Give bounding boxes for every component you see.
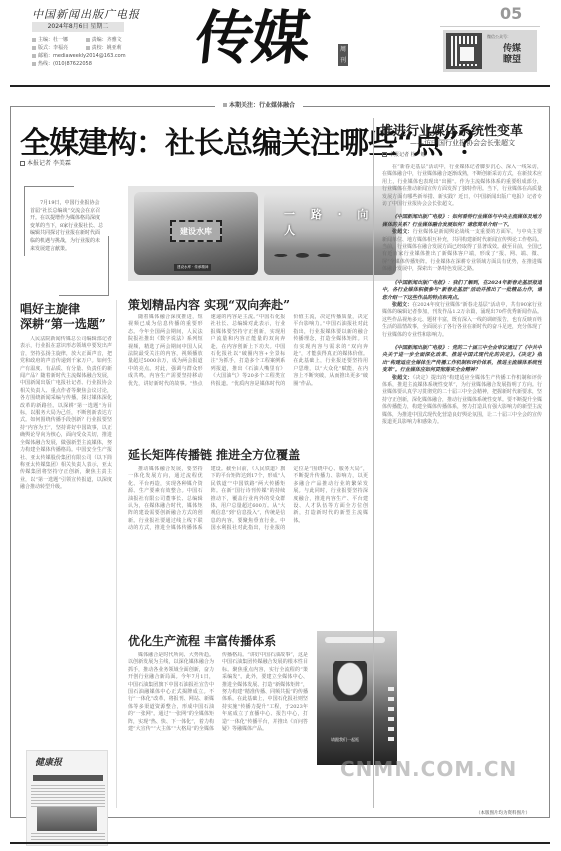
thumbnail-image xyxy=(37,807,97,831)
answerer-name: 张超文： xyxy=(392,375,413,381)
qr-account-name: 传媒 瞭望 xyxy=(497,44,527,66)
section-body: 人民法院新闻传媒总公司编辑部记者表示，行业报在意识形态领域中要发出声音，坚持弘扬… xyxy=(20,336,112,636)
qr-title-line: 瞭望 xyxy=(497,55,527,66)
section-body: 随着媒体融合深度推进，短视频已成为信息传播的重要形态。今年全国两会期间，人民法院… xyxy=(128,314,368,440)
question: 《中国新闻出版广电报》：我们了解到，在2024年新春走基层报道中，各行业媒体积极… xyxy=(382,280,542,302)
bullet-icon xyxy=(86,46,90,50)
answer: 张超文：《决定》提出的“构建适应全媒体生产传播工作机制和评价体系，推进主流媒体系… xyxy=(382,375,542,427)
divider xyxy=(440,26,540,27)
section-title: 延长矩阵传播链 推进全方位覆盖 xyxy=(128,446,300,463)
bullet-icon xyxy=(32,46,36,50)
wechat-qr-box: 微信公众号： 传媒 瞭望 xyxy=(443,30,537,72)
photo-caption: 建设水库 · 传承精神 xyxy=(174,264,211,271)
qr-code-icon[interactable] xyxy=(446,33,482,69)
byline-box-icon xyxy=(20,161,25,166)
weekly-tag: 周刊 xyxy=(338,44,348,66)
reservoir-photo: 建设水库 建设水库 · 传承精神 xyxy=(134,192,258,275)
section-body: 媒体融合是时代所向、大势所趋。以创新发展为主线，以深化媒体融合为抓手，推动各业务… xyxy=(128,652,308,802)
thumbnail-text xyxy=(31,785,105,807)
staff-row: 版式：李福亮 责校：姚亚莉 xyxy=(32,44,142,52)
paragraph: 媒体融合是时代所向、大势所趋。以创新发展为主线，以深化媒体融合为抓手，推动各业务… xyxy=(128,652,308,733)
question: 《中国新闻出版广电报》：如何看待行业媒体与中央主流媒体及地方媒体的关系？行业媒体… xyxy=(382,214,542,229)
photo-strip: 建设水库 建设水库 · 传承精神 一 路 · 向 人 xyxy=(128,186,402,281)
bullet-icon xyxy=(223,103,227,107)
reporter-photo xyxy=(333,661,367,701)
paragraph: 人民法院新闻传媒总公司编辑部记者表示，行业报在意识形态领域中要发出声音，坚持弘扬… xyxy=(20,336,112,492)
video-caption: 请跟我们一起逛 xyxy=(331,737,359,743)
editor-in-chief: 主编：杜一娜 xyxy=(38,37,68,43)
focus-label-text: 本期关注：行业媒体融合 xyxy=(229,102,295,109)
column-divider xyxy=(116,300,117,808)
lead-text: 7月19日，中国行业报协会首届“社长总编谈”交流会在京召开。在以提增作为媒体格局… xyxy=(30,200,104,253)
interview-subtitle: ——访中国行业报协会会长张超文 xyxy=(410,138,515,148)
section-body: 推动媒体融合发展，要坚持一体化发展方向，通过流程优化、平台再造，实现各种媒介资源… xyxy=(128,466,368,614)
section-title: 唱好主旋律 深耕“第一选题” xyxy=(20,302,106,332)
focus-label: 本期关注：行业媒体融合 xyxy=(215,100,303,109)
interview-body: 在“新春走基层”活动中，行业媒体记者脚步沉心、深入一线采访，在媒体融合中，行业媒… xyxy=(382,164,542,804)
answer: 张超文：行业媒体是新闻舆论战线一支重要的方面军，与中央主要新闻单位、地方媒体相互… xyxy=(382,229,542,273)
proofreader: 责校：姚亚莉 xyxy=(92,45,122,51)
photo-credit: （本版图片均为资料图片） xyxy=(476,810,530,816)
interview-byline: 本报记者 杜一娜 xyxy=(382,151,426,158)
column-divider xyxy=(373,118,374,808)
answer-text: 行业媒体是新闻舆论战线一支重要的方面军，与中央主要新闻单位、地方媒体相互补充，共… xyxy=(382,229,542,272)
byline-box-icon xyxy=(382,152,387,157)
bullet-icon xyxy=(32,38,36,42)
answerer-name: 张超文： xyxy=(392,302,412,308)
interview-title: 推进行业媒体系统性变革 xyxy=(380,120,523,139)
section-title-line: 唱好主旋律 xyxy=(20,302,106,317)
section-title: 策划精品内容 实现“双向奔赴” xyxy=(128,296,290,313)
desert-camel-photo: 一 路 · 向 人 xyxy=(264,192,396,275)
qr-label: 微信公众号： xyxy=(487,34,511,40)
newspaper-thumbnail: 健康报 xyxy=(26,750,108,846)
byline-text: 本报记者 李美霖 xyxy=(27,160,71,167)
staff-row: 主编：杜一娜 责编：齐雅文 xyxy=(32,36,142,44)
thumbnail-headline-bar xyxy=(33,775,103,781)
answer: 张超文：在2024年度行业媒体“新春走基层”活动中，共有90家行业媒体的编辑记者… xyxy=(382,302,542,339)
page-number: 05 xyxy=(500,4,522,23)
camel-icon xyxy=(270,241,342,265)
paragraph: 推动媒体融合发展，要坚持一体化发展方向，通过流程优化、平台再造，实现各种媒介资源… xyxy=(128,466,368,533)
section-title: 优化生产流程 丰富传播体系 xyxy=(128,632,276,649)
lead-box: 7月19日，中国行业报协会首届“社长总编谈”交流会在京召开。在以提增作为媒体格局… xyxy=(24,186,109,296)
search-bar xyxy=(325,637,385,643)
staff-row: 热线：(010)87622058 xyxy=(32,60,142,68)
hotline: 热线：(010)87622058 xyxy=(38,61,92,67)
layout-editor: 版式：李福亮 xyxy=(38,45,68,51)
main-byline: 本报记者 李美霖 xyxy=(20,158,71,167)
bullet-icon xyxy=(86,38,90,42)
paragraph: 在“新春走基层”活动中，行业媒体记者脚步沉心、深入一线采访，在媒体融合中，行业媒… xyxy=(382,164,542,208)
masthead: 中国新闻出版广电报 2024年8月6日 星期二 主编：杜一娜 责编：齐雅文 版式… xyxy=(0,0,561,95)
top-rule xyxy=(10,85,550,87)
answer-text: 《决定》提出的“构建适应全媒体生产传播工作机制和评价体系，推进主流媒体系统性变革… xyxy=(382,375,542,425)
photo-stamp: 建设水库 xyxy=(170,220,222,242)
photo-title: 一 路 · 向 人 xyxy=(284,206,396,238)
qr-title-line: 传媒 xyxy=(497,44,527,55)
thumbnail-logo: 健康报 xyxy=(35,755,62,768)
bullet-icon xyxy=(32,62,36,66)
section-logo: 传媒 xyxy=(192,4,311,72)
bottom-rule xyxy=(10,842,550,844)
staff-list: 主编：杜一娜 责编：齐雅文 版式：李福亮 责校：姚亚莉 邮箱：mediaweek… xyxy=(32,36,142,68)
responsible-editor: 责编：齐雅文 xyxy=(92,37,122,43)
paper-name: 中国新闻出版广电报 xyxy=(32,6,140,22)
question: 《中国新闻出版广电报》：党的二十届三中全会审议通过了《中共中央关于进一步全面深化… xyxy=(382,345,542,375)
email[interactable]: 邮箱：mediaweekly2014@163.com xyxy=(38,53,126,59)
issue-date: 2024年8月6日 星期二 xyxy=(32,22,124,32)
section-title-line: 深耕“第一选题” xyxy=(20,317,106,332)
staff-row: 邮箱：mediaweekly2014@163.com xyxy=(32,52,142,60)
answerer-name: 张超文： xyxy=(392,229,413,235)
paragraph: 随着媒体融合深度推进，短视频已成为信息传播的重要形态。今年全国两会期间，人民法院… xyxy=(128,314,368,388)
watermark: CNMN.COM.CN xyxy=(340,757,517,781)
bullet-icon xyxy=(32,54,36,58)
byline-text: 本报记者 杜一娜 xyxy=(389,152,426,158)
